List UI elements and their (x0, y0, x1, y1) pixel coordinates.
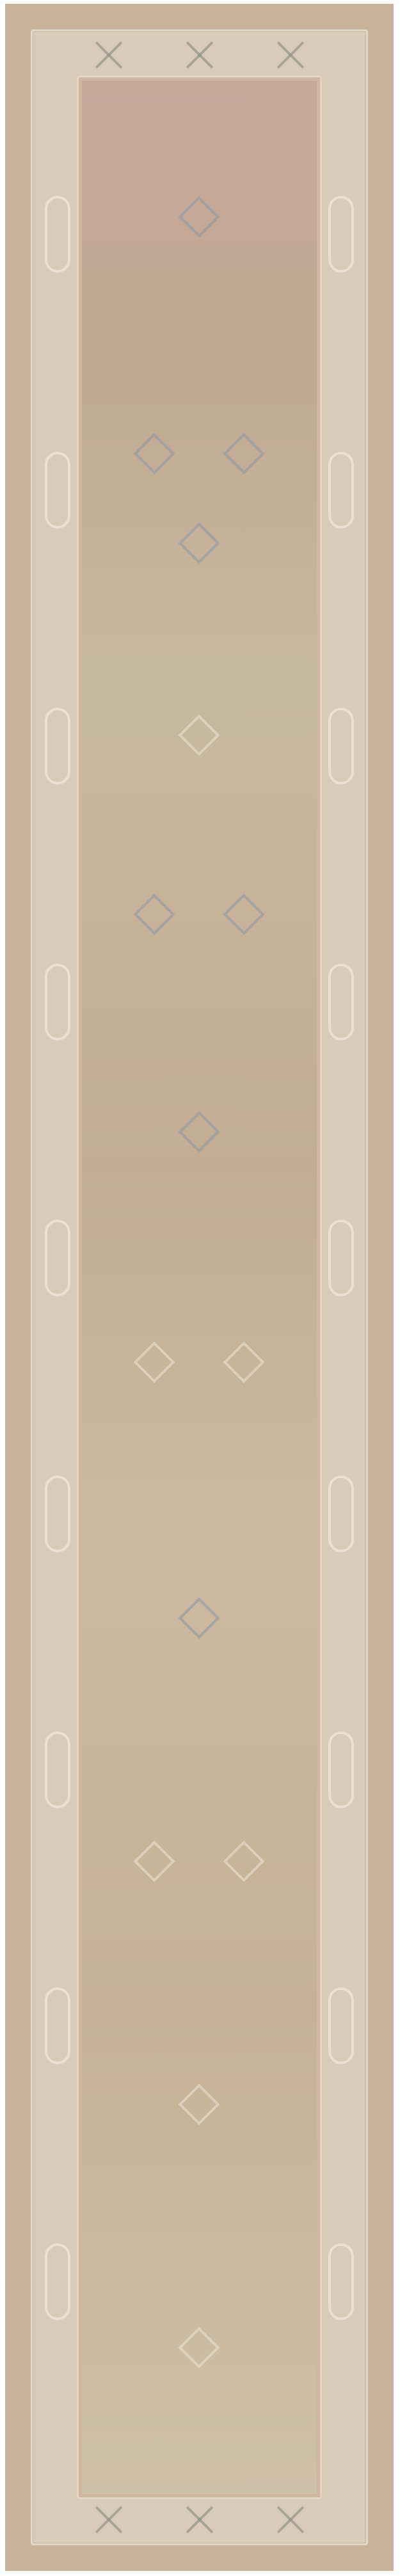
field-motif (223, 1341, 264, 1383)
border-cartouche (45, 452, 70, 529)
border-cartouche (45, 1987, 70, 2064)
border-cartouche (328, 708, 354, 784)
field-motif (178, 2083, 220, 2125)
border-cartouche (328, 1987, 354, 2064)
border-cartouche (45, 1220, 70, 1296)
rug-central-field (82, 81, 317, 2494)
runner-rug (5, 4, 394, 2571)
field-motif (223, 1840, 264, 1882)
field-motif (178, 196, 220, 237)
border-cartouche (45, 196, 70, 273)
border-cartouche (45, 1731, 70, 1808)
border-cross-motif (276, 41, 305, 69)
border-cartouche (45, 708, 70, 784)
border-cartouche (328, 1731, 354, 1808)
field-motif (133, 1840, 175, 1882)
border-cross-motif (186, 2506, 214, 2534)
border-cartouche (45, 1475, 70, 1552)
border-cross-motif (95, 2506, 123, 2534)
field-motif (133, 1341, 175, 1383)
field-motif (178, 522, 220, 564)
field-motif (133, 433, 175, 474)
field-motif (178, 2326, 220, 2368)
field-motif (178, 714, 220, 756)
border-cartouche (45, 2243, 70, 2320)
border-cartouche (45, 964, 70, 1040)
border-cartouche (328, 964, 354, 1040)
field-motif (133, 893, 175, 935)
border-cross-motif (186, 41, 214, 69)
field-motif (223, 433, 264, 474)
border-cartouche (328, 1475, 354, 1552)
border-cartouche (328, 452, 354, 529)
field-motif (223, 893, 264, 935)
border-cartouche (328, 196, 354, 273)
field-motif (178, 1597, 220, 1639)
border-cross-motif (95, 41, 123, 69)
border-cartouche (328, 2243, 354, 2320)
border-cross-motif (276, 2506, 305, 2534)
field-motif (178, 1111, 220, 1152)
border-cartouche (328, 1220, 354, 1296)
